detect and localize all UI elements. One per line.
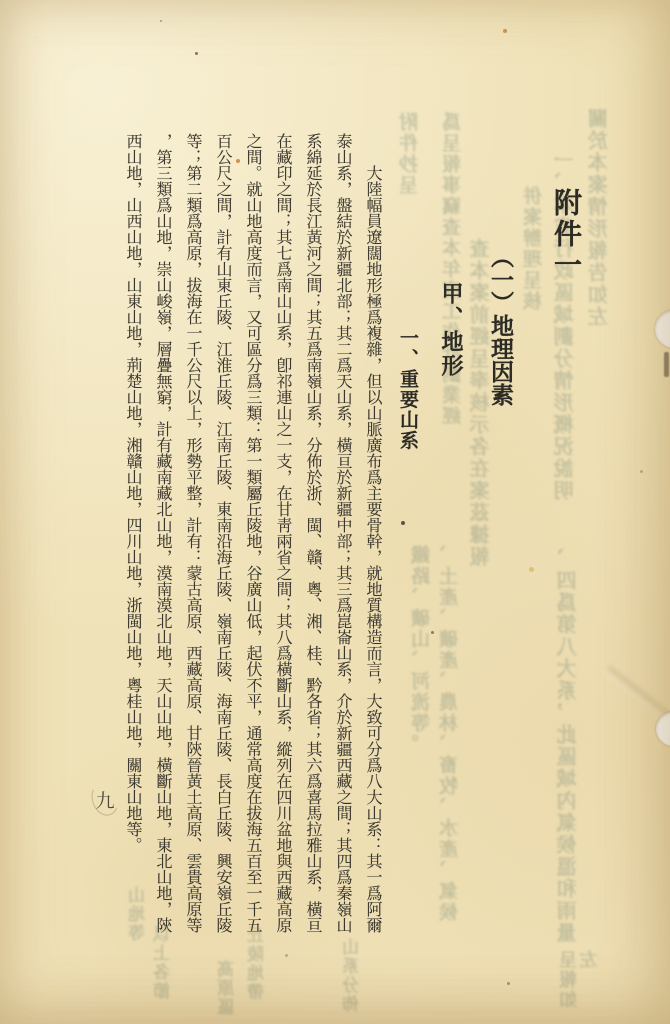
attachment-title: 附件一: [551, 133, 582, 973]
paper-speck: [236, 159, 240, 163]
body-column-2: 泰山系，盤結於新疆北部；其二爲天山系，橫亘於新疆中部；其三爲崑崙山系，介於新疆西…: [335, 133, 352, 973]
paper-speck: [195, 52, 198, 55]
body-column-8: ，第三類爲山地，崇山峻嶺，層疊無窮，計有藏南藏北山地，漠南漠北山地，天山山地，橫…: [155, 133, 172, 973]
body-text: 大陸幅員遼闊地形極爲複雜，但以山脈廣布爲主要骨幹，就地質構造而言，大致可分爲八大…: [125, 133, 382, 973]
body-column-5: 之間。就山地高度而言，又可區分爲三類：第一類屬丘陵地，谷廣山低，起伏不平，通常高…: [245, 133, 262, 973]
body-column-3: 系綿延於長江黃河之間；其五爲南嶺山系，分佈於浙、閩、贛、粵、湘、桂、黔各省；其六…: [305, 133, 322, 973]
subsection-title: 甲、地形: [438, 133, 463, 973]
paper-speck: [285, 954, 288, 957]
paper-speck: [529, 567, 534, 572]
section-title: （一）地理因素: [487, 133, 513, 973]
paper-speck: [160, 20, 162, 22]
body-column-4: 在藏印之間；其七爲南山山系，卽祁連山之一支，在甘靑兩省之間；其八爲橫斷山系，縱列…: [275, 133, 292, 973]
body-column-9: 西山地，山西山地，山東山地，荊楚山地，湘贛山地，四川山地，浙閩山地，粵桂山地，關…: [125, 133, 142, 973]
page-number: 九: [89, 781, 121, 817]
body-column-6: 百公尺之間，計有山東丘陵、江淮丘陵、江南丘陵、東南沿海丘陵、嶺南丘陵、海南丘陵、…: [215, 133, 232, 973]
paper-speck: [503, 29, 507, 33]
body-column-7: 等；第二類爲高原，拔海在一千公尺以上，形勢平整，計有：蒙古高原、西藏高原、甘陝晉…: [185, 133, 202, 973]
scanned-page: 關於本案情形報告如左一、本省行政區域劃分情形概況說明併案辦理呈核查本案前經呈奉核…: [0, 0, 670, 1024]
paper-speck: [401, 521, 405, 525]
scan-edge-mark: [664, 352, 669, 377]
vertical-text-flow: 附件一 （一）地理因素 甲、地形 一、重要山系 大陸幅員遼闊地形極爲複雜，但以山…: [0, 133, 670, 973]
paper-speck: [640, 470, 643, 473]
paper-speck: [431, 631, 434, 634]
body-column-1: 大陸幅員遼闊地形極爲複雜，但以山脈廣布爲主要骨幹，就地質構造而言，大致可分爲八大…: [365, 133, 382, 973]
paper-speck: [507, 982, 510, 985]
topic-title: 一、重要山系: [397, 133, 419, 973]
